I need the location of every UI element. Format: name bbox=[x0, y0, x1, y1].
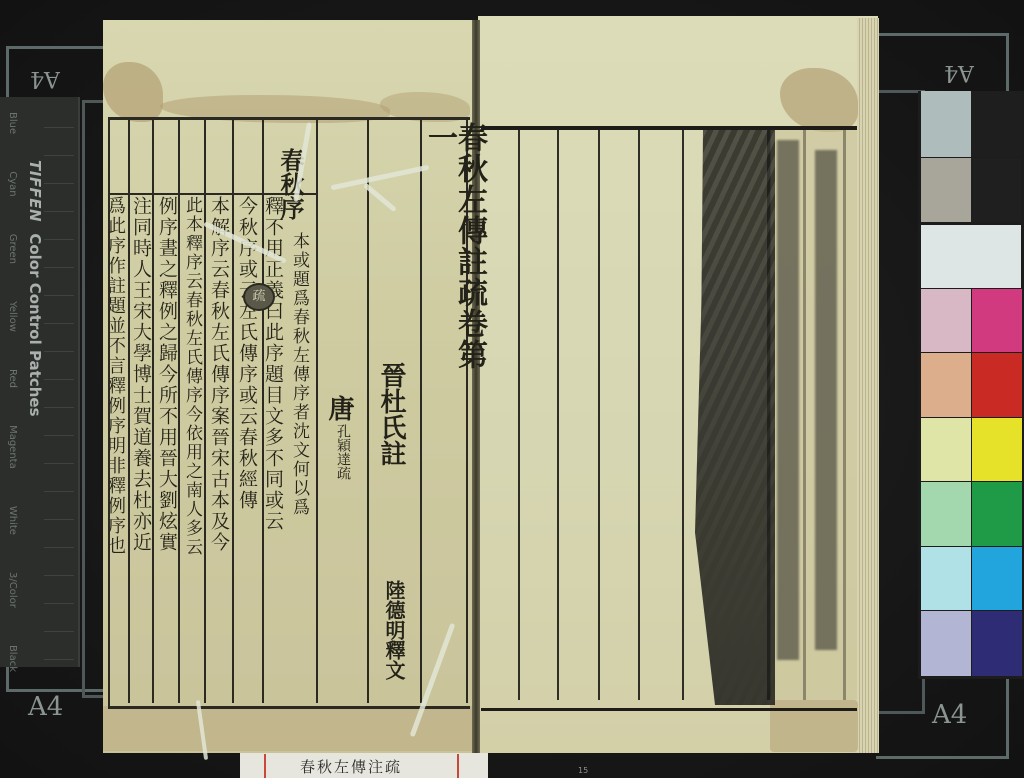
dynasty-sub: 孔穎達疏 bbox=[336, 424, 350, 480]
text-column: 本解序云春秋左氏傳序案晉宋古本及今 bbox=[209, 196, 228, 553]
patch-light-red bbox=[921, 353, 971, 417]
patch-light-yellow bbox=[921, 418, 971, 481]
strip-label: Green bbox=[7, 234, 18, 264]
text-column: 爲此序作註題並不言釋例序明非釋例序也 bbox=[106, 196, 124, 556]
book-label-text: 春秋左傳注疏 bbox=[300, 756, 402, 777]
patch-white bbox=[921, 225, 1021, 288]
text-column: 注同時人王宋大學博士賀道養去杜亦近 bbox=[131, 196, 150, 553]
label-red-line bbox=[264, 754, 266, 778]
a4-label-bottom-right: A4 bbox=[932, 700, 967, 730]
strip-label: White bbox=[7, 506, 18, 535]
ruler-number: 15 bbox=[578, 766, 588, 775]
column-rule bbox=[152, 117, 154, 703]
strip-patch-labels: Blue Cyan Green Yellow Red Magenta White… bbox=[7, 112, 18, 672]
column-rule bbox=[638, 130, 640, 700]
a4-label-top-left: A4 bbox=[30, 66, 60, 91]
text-column: 例序晝之釋例之歸今所不用晉大劉炫實 bbox=[157, 196, 176, 553]
column-rule bbox=[557, 130, 559, 700]
strip-label: Red bbox=[7, 369, 18, 388]
text-column: 本或題爲春秋左傳序者沈文何以爲 bbox=[290, 232, 307, 517]
column-rule bbox=[420, 117, 422, 703]
strip-ruler-ticks bbox=[44, 100, 74, 660]
seal-stamp: 疏 bbox=[243, 283, 275, 311]
color-calibration-chart bbox=[918, 91, 1024, 679]
column-rule bbox=[232, 117, 234, 703]
patch-red bbox=[972, 353, 1022, 417]
patch-light-green bbox=[921, 482, 971, 546]
dynasty-line: 唐 bbox=[326, 395, 352, 421]
patch-magenta bbox=[972, 289, 1022, 352]
ink-smudge-column bbox=[815, 150, 837, 650]
patch-tan-gray bbox=[921, 158, 971, 222]
book-page-edges bbox=[857, 18, 879, 753]
strip-label: Black bbox=[7, 645, 18, 672]
patch-black bbox=[971, 158, 1021, 222]
strip-brand-title: TIFFEN Color Control Patches bbox=[26, 160, 44, 417]
patch-green bbox=[972, 482, 1022, 546]
author-line: 晉杜氏註 bbox=[378, 362, 404, 466]
tiffen-logo: TIFFEN bbox=[26, 160, 44, 222]
a4-label-bottom-left: A4 bbox=[28, 692, 63, 722]
label-red-line bbox=[457, 754, 459, 778]
column-rule bbox=[598, 130, 600, 700]
patch-light-cyan bbox=[921, 547, 971, 610]
patch-light-gray bbox=[921, 91, 971, 157]
strip-label: Magenta bbox=[7, 425, 18, 469]
volume-title: 春秋左傳註疏卷第一 bbox=[424, 122, 484, 382]
strip-title: Color Control Patches bbox=[26, 233, 44, 416]
patch-yellow bbox=[972, 418, 1022, 481]
strip-label: Yellow bbox=[7, 301, 18, 332]
strip-label: Blue bbox=[7, 112, 18, 134]
ink-smudge-column bbox=[777, 140, 799, 660]
ink-rubbing-smear bbox=[695, 130, 775, 705]
column-rule bbox=[518, 130, 520, 700]
strip-label: 3/Color bbox=[7, 572, 18, 608]
text-column: 釋不用正義曰此序題目文多不同或云 bbox=[263, 196, 282, 532]
column-rule bbox=[178, 117, 180, 703]
patch-cyan bbox=[972, 547, 1022, 610]
strip-label: Cyan bbox=[7, 171, 18, 196]
patch-light-magenta bbox=[921, 289, 971, 352]
annotator-line: 陸德明釋文 bbox=[384, 580, 404, 680]
a4-label-top-right: A4 bbox=[944, 60, 974, 85]
column-rule bbox=[682, 130, 684, 700]
column-rule bbox=[204, 117, 206, 703]
column-rule bbox=[316, 117, 318, 703]
column-rule bbox=[367, 117, 369, 703]
patch-blue bbox=[972, 611, 1022, 676]
patch-dark-gray bbox=[971, 91, 1021, 157]
text-column: 此本釋序云春秋左氏傳序今依用之南人多云 bbox=[183, 196, 200, 557]
patch-light-blue bbox=[921, 611, 971, 676]
